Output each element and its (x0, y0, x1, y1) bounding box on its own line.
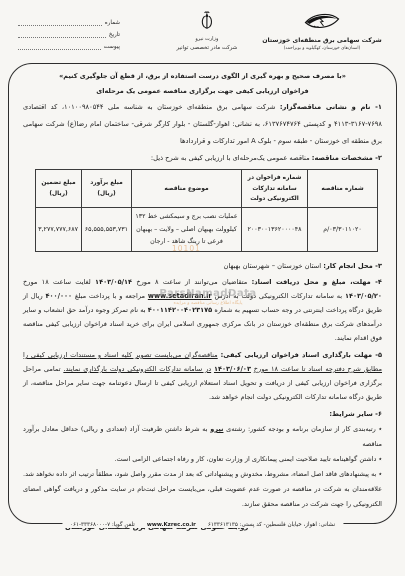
table-row: ۰۳/۳۰۱۱۰۲۰/م ۲۰۰۳۰۰۱۳۶۲۰۰۰۰۴۸ عملیات نصب… (36, 208, 378, 252)
section-2-text: مناقصه عمومی یک‌مرحله‌ای با ارزیابی کیفی… (151, 154, 310, 162)
section-4-document-purchase: ۴- مهلت، مبلغ و محل دریافت اسناد: متقاضی… (23, 276, 382, 346)
scanned-tender-document: { "header": { "ref": { "no": "شماره", "d… (0, 0, 405, 576)
section-3-text: استان خوزستان – شهرستان بهبهان (224, 262, 322, 270)
tender-table: شماره مناقصه شماره فراخوان در سامانه تدا… (35, 169, 378, 252)
footer-website: www.Kzrec.co.ir (147, 522, 196, 528)
footer-address: نشانی: اهواز، خیابان فلسطین- کد پستی: ۶۱… (208, 522, 335, 528)
col-guarantee-amount: مبلغ تضمین (ریال) (36, 170, 82, 208)
section-1-label: ۱- نام و نشانی مناقصه‌گزار: (280, 103, 382, 111)
ministry-name: وزارت نیرو (152, 36, 262, 42)
ref-date-row: تاریخ (18, 32, 120, 38)
conditions-list: ٭ رتبه‌بندی کار از سازمان برنامه و بودجه… (23, 422, 382, 512)
condition-ranking-field: نیرو (210, 425, 223, 433)
section-5-label: ۵- مهلت بارگذاری اسناد فراخوان ارزیابی ک… (221, 351, 382, 359)
section-4-text: متقاضیان می‌توانند از ساعت ۸ مورخ (136, 278, 247, 286)
condition-safety-certificate: ٭ داشتن گواهینامه تایید صلاحیت ایمنی پیم… (114, 455, 382, 463)
setadiran-url: www.setadiran.ir (148, 292, 212, 300)
section-4-text: مراجعه و با پرداخت مبلغ (75, 292, 145, 300)
ref-date-label: تاریخ (109, 32, 120, 38)
ministry-block: وزارت نیرو شرکت مادر تخصصی توانیر (152, 11, 262, 51)
cell-estimate-amount: ۶۵,۵۵۵,۵۵۳,۷۳۱ (82, 208, 132, 252)
energy-slogan: «با مصرف صحیح و بهره گیری از الگوی درست … (23, 72, 382, 80)
document-fee: ۴۰۰/۰۰۰ (46, 292, 73, 300)
company-logo-icon (303, 17, 341, 36)
ref-number-dotted-line (18, 22, 102, 26)
col-setad-number: شماره فراخوان در سامانه تدارکات الکترونی… (242, 170, 308, 208)
parent-company-name: شرکت مادر تخصصی توانیر (152, 45, 262, 51)
section-4-label: ۴- مهلت، مبلغ و محل دریافت اسناد: (252, 278, 382, 286)
notice-border-box: «با مصرف صحیح و بهره گیری از الگوی درست … (8, 63, 397, 524)
purchase-end-date: ۱۴۰۳/۰۵/۲۰ (345, 292, 382, 300)
section-6-label: ۶- سایر شرایط: (329, 410, 382, 418)
condition-registration-note: علاقه‌مندان به شرکت در مناقصه در صورت عد… (23, 485, 382, 508)
section-2-label: ۲- مشخصات مناقصه: (312, 154, 382, 162)
cell-tender-number: ۰۳/۳۰۱۱۰۲۰/م (308, 208, 378, 252)
section-4-text: به سامانه تدارکات الکترونیکی دولت به آدر… (214, 292, 342, 300)
section-4-text: لغایت ساعت ۱۸ مورخ (23, 278, 91, 286)
section-6-other-conditions: ۶- سایر شرایط: (23, 407, 382, 421)
col-tender-number: شماره مناقصه (308, 170, 378, 208)
ref-number-row: شماره (18, 20, 120, 26)
ref-attachment-dotted-line (18, 46, 101, 50)
iran-emblem-icon (199, 15, 214, 34)
section-2-specs: ۲- مشخصات مناقصه: مناقصه عمومی یک‌مرحله‌… (23, 151, 382, 165)
ref-attachment-label: پیوست (104, 44, 120, 50)
section-3-work-location: ۳- محل انجام کار: استان خوزستان – شهرستا… (23, 259, 382, 273)
purchase-start-date: ۱۴۰۳/۰۵/۱۴ (95, 278, 132, 286)
tender-table-header-row: شماره مناقصه شماره فراخوان در سامانه تدا… (36, 170, 378, 208)
footer: نشانی: اهواز، خیابان فلسطین- کد پستی: ۶۱… (62, 522, 343, 528)
section-1-bidder-name-address: ۱- نام و نشانی مناقصه‌گزار: شرکت سهامی ب… (23, 99, 382, 149)
watermark-code: 10101 (172, 244, 201, 253)
col-estimate-amount: مبلغ برآورد (ریال) (82, 170, 132, 208)
upload-deadline-date: ۱۴۰۳/۰۶/۰۳ (214, 365, 251, 373)
notice-title: فراخوان ارزیابی کیفی جهت برگزاری مناقصه … (23, 87, 382, 95)
bank-account-number: ۴۰۰۱۱۴۲۰۰۴۰۲۳۱۷۵ (148, 306, 212, 314)
company-name: شرکت سهامی برق منطقه‌ای خوزستان (249, 37, 395, 44)
footer-phone: تلفن گویا: ۷-۳۳۳۶۸۰۰۰-۰۶۱ (70, 522, 135, 528)
section-5-underlined-text: در سامانه تدارکات الکترونیکی دولت بارگذا… (63, 365, 211, 373)
section-3-label: ۳- محل انجام کار: (323, 262, 382, 270)
ref-attachment-row: پیوست (18, 44, 120, 50)
organization-block: شرکت سهامی برق منطقه‌ای خوزستان (استان‌ه… (249, 11, 395, 51)
ref-number-label: شماره (105, 20, 120, 26)
reference-fields: شماره تاریخ پیوست (18, 20, 120, 56)
section-5-upload-deadline: ۵- مهلت بارگذاری اسناد فراخوان ارزیابی ک… (23, 349, 382, 405)
condition-invalid-offers: ٭ به پیشنهادهای فاقد اصل امضاء، مشروط، م… (23, 470, 382, 478)
col-subject: موضوع مناقصه (132, 170, 242, 208)
cell-guarantee-amount: ۳,۲۷۷,۷۷۷,۶۸۷ (36, 208, 82, 252)
cell-setad-number: ۲۰۰۳۰۰۱۳۶۲۰۰۰۰۴۸ (242, 208, 308, 252)
company-subtitle: (استان‌های خوزستان، کهگیلویه و بویراحمد) (249, 46, 395, 51)
ref-date-dotted-line (18, 34, 106, 38)
condition-ranking: ٭ رتبه‌بندی کار از سازمان برنامه و بودجه… (226, 425, 382, 433)
